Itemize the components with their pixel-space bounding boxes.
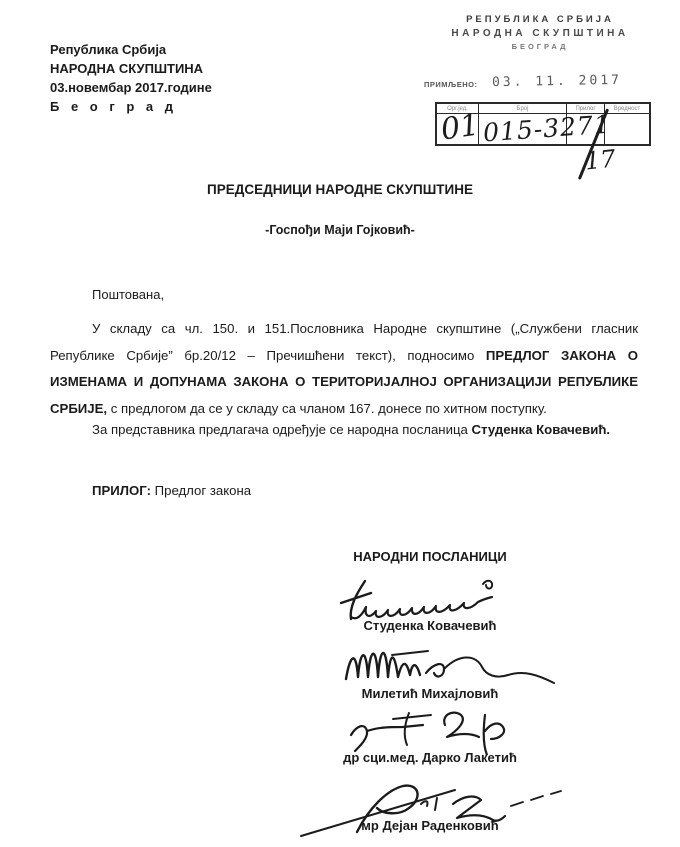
p1-l2-regular: Републике Србије” бр.20/12 – Пречишћени … bbox=[50, 348, 474, 363]
attachment-line: ПРИЛОГ: Предлог закона bbox=[92, 483, 251, 498]
stamp-header-value: Вредност bbox=[605, 104, 649, 113]
stamp-cell-value bbox=[605, 114, 649, 144]
salutation: Поштована, bbox=[92, 287, 164, 302]
stamp-institution: НАРОДНА СКУПШТИНА bbox=[420, 28, 660, 39]
paragraph-1-line-1: У складу са чл. 150. и 151.Пословника На… bbox=[50, 316, 638, 343]
p2-regular: За представника предлагача одређује се н… bbox=[92, 422, 472, 437]
signer-name-2: Милетић Михајловић bbox=[250, 686, 610, 701]
letterhead: Република Србија НАРОДНА СКУПШТИНА 03.но… bbox=[50, 40, 212, 116]
signatures-heading: НАРОДНИ ПОСЛАНИЦИ bbox=[280, 549, 580, 564]
letterhead-country: Република Србија bbox=[50, 40, 212, 59]
paragraph-1-line-3: ИЗМЕНАМА И ДОПУНАМА ЗАКОНА О ТЕРИТОРИЈАЛ… bbox=[50, 369, 638, 396]
letterhead-city: Б е о г р а д bbox=[50, 97, 212, 116]
received-date-stamp: 03. 11. 2017 bbox=[492, 73, 622, 90]
paragraph-1: У складу са чл. 150. и 151.Пословника На… bbox=[50, 316, 638, 422]
handwritten-year: 17 bbox=[584, 144, 617, 175]
signature-scribble-mihajlovic bbox=[342, 637, 557, 691]
receipt-stamp-header: РЕПУБЛИКА СРБИЈА НАРОДНА СКУПШТИНА БЕОГР… bbox=[420, 14, 660, 51]
recipient-title: ПРЕДСЕДНИЦИ НАРОДНЕ СКУПШТИНЕ bbox=[0, 182, 680, 197]
signer-name-1: Студенка Ковачевић bbox=[250, 618, 610, 633]
paragraph-1-line-2: Републике Србије” бр.20/12 – Пречишћени … bbox=[50, 343, 638, 370]
stamp-city: БЕОГРАД bbox=[420, 42, 660, 51]
attachment-label: ПРИЛОГ: bbox=[92, 483, 151, 498]
letterhead-date: 03.новембар 2017.године bbox=[50, 78, 212, 97]
signature-scribble-kovacevic bbox=[335, 577, 515, 623]
attachment-value: Предлог закона bbox=[151, 483, 251, 498]
p1-l4-regular: с предлогом да се у складу са чланом 167… bbox=[107, 401, 547, 416]
paragraph-2: За представника предлагача одређује се н… bbox=[50, 417, 650, 443]
recipient-name: -Госпођи Маји Гојковић- bbox=[0, 223, 680, 237]
stamp-header-number: Број bbox=[479, 104, 567, 113]
letterhead-institution: НАРОДНА СКУПШТИНА bbox=[50, 59, 212, 78]
received-label: ПРИМЉЕНО: bbox=[424, 80, 477, 89]
p1-l2-bold: ПРЕДЛОГ ЗАКОНА О bbox=[486, 348, 638, 363]
p2-bold-name: Студенка Ковачевић. bbox=[472, 422, 611, 437]
signature-scribble-laketic bbox=[345, 705, 555, 755]
document-page: Република Србија НАРОДНА СКУПШТИНА 03.но… bbox=[0, 0, 680, 847]
signer-name-3: др сци.мед. Дарко Лакетић bbox=[250, 750, 610, 765]
signer-name-4: мр Дејан Раденковић bbox=[250, 818, 610, 833]
stamp-country: РЕПУБЛИКА СРБИЈА bbox=[420, 14, 660, 25]
p1-l4-bold: СРБИЈЕ, bbox=[50, 401, 107, 416]
handwritten-org-unit: 01 bbox=[439, 108, 482, 148]
